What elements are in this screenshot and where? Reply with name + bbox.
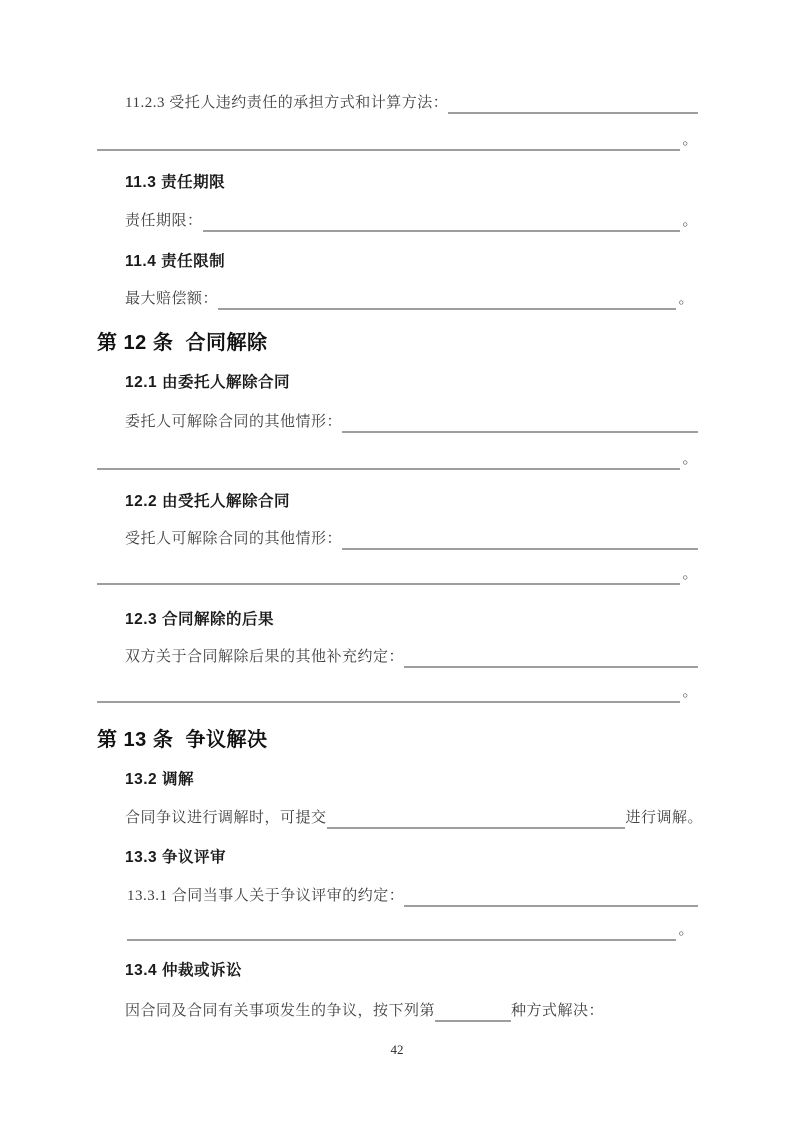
period-mark: 。 (676, 288, 694, 310)
client-rescind-label: 委托人可解除合同的其他情形： (125, 411, 342, 433)
max-compensation-row: 最大赔偿额： 。 (125, 288, 694, 310)
blank-field (97, 563, 680, 585)
blank-field (97, 129, 680, 151)
heading-clause-12: 第 12 条 合同解除 (97, 330, 267, 356)
subheading-13-3: 13.3 争议评审 (125, 847, 226, 869)
max-compensation-label: 最大赔偿额： (125, 288, 218, 310)
period-mark: 。 (680, 210, 698, 232)
heading-clause-13: 第 13 条 争议解决 (97, 727, 267, 753)
blank-field (218, 288, 676, 310)
blank-field (342, 528, 698, 550)
rescind-consequence-label: 双方关于合同解除后果的其他补充约定： (125, 646, 404, 668)
review-row: 13.3.1 合同当事人关于争议评审的约定： (127, 885, 698, 907)
blank-field (97, 681, 680, 703)
trustee-rescind-row: 受托人可解除合同的其他情形： (125, 528, 698, 550)
subheading-13-4: 13.4 仲裁或诉讼 (125, 960, 242, 982)
blank-field (342, 411, 698, 433)
subheading-12-2: 12.2 由受托人解除合同 (125, 491, 290, 513)
blank-field (327, 807, 626, 829)
mediation-row: 合同争议进行调解时，可提交 进行调解。 (125, 807, 703, 829)
period-mark: 。 (680, 681, 698, 703)
period-mark: 。 (680, 448, 698, 470)
document-page: 11.2.3 受托人违约责任的承担方式和计算方法： 。 11.3 责任期限 责任… (0, 0, 794, 1122)
period-mark: 。 (676, 919, 694, 941)
blank-field (127, 919, 676, 941)
trustee-rescind-continuation-row: 。 (97, 563, 698, 585)
blank-field (203, 210, 681, 232)
page-number: 42 (0, 1042, 794, 1058)
blank-field (404, 885, 698, 907)
blank-field (448, 92, 698, 114)
arbitration-post-label: 种方式解决： (511, 1000, 604, 1022)
arbitration-pre-label: 因合同及合同有关事项发生的争议，按下列第 (125, 1000, 435, 1022)
mediation-pre-label: 合同争议进行调解时，可提交 (125, 807, 327, 829)
clause-11-2-3-label: 11.2.3 受托人违约责任的承担方式和计算方法： (125, 92, 448, 114)
period-mark: 。 (680, 563, 698, 585)
mediation-post-label: 进行调解。 (625, 807, 703, 829)
period-mark: 。 (680, 129, 698, 151)
arbitration-row: 因合同及合同有关事项发生的争议，按下列第 种方式解决： (125, 1000, 604, 1022)
review-continuation-row: 。 (127, 919, 694, 941)
subheading-12-1: 12.1 由委托人解除合同 (125, 372, 290, 394)
review-label: 13.3.1 合同当事人关于争议评审的约定： (127, 885, 404, 907)
blank-field (97, 448, 680, 470)
blank-field (404, 646, 698, 668)
liability-period-row: 责任期限： 。 (125, 210, 698, 232)
subheading-11-4: 11.4 责任限制 (125, 251, 225, 273)
clause-11-2-3-row: 11.2.3 受托人违约责任的承担方式和计算方法： (125, 92, 698, 114)
client-rescind-row: 委托人可解除合同的其他情形： (125, 411, 698, 433)
client-rescind-continuation-row: 。 (97, 448, 698, 470)
rescind-consequence-row: 双方关于合同解除后果的其他补充约定： (125, 646, 698, 668)
blank-field (435, 1000, 511, 1022)
subheading-11-3: 11.3 责任期限 (125, 172, 225, 194)
rescind-consequence-continuation-row: 。 (97, 681, 698, 703)
liability-period-label: 责任期限： (125, 210, 203, 232)
subheading-12-3: 12.3 合同解除的后果 (125, 609, 274, 631)
trustee-rescind-label: 受托人可解除合同的其他情形： (125, 528, 342, 550)
clause-11-2-3-continuation-row: 。 (97, 129, 698, 151)
subheading-13-2: 13.2 调解 (125, 769, 194, 791)
